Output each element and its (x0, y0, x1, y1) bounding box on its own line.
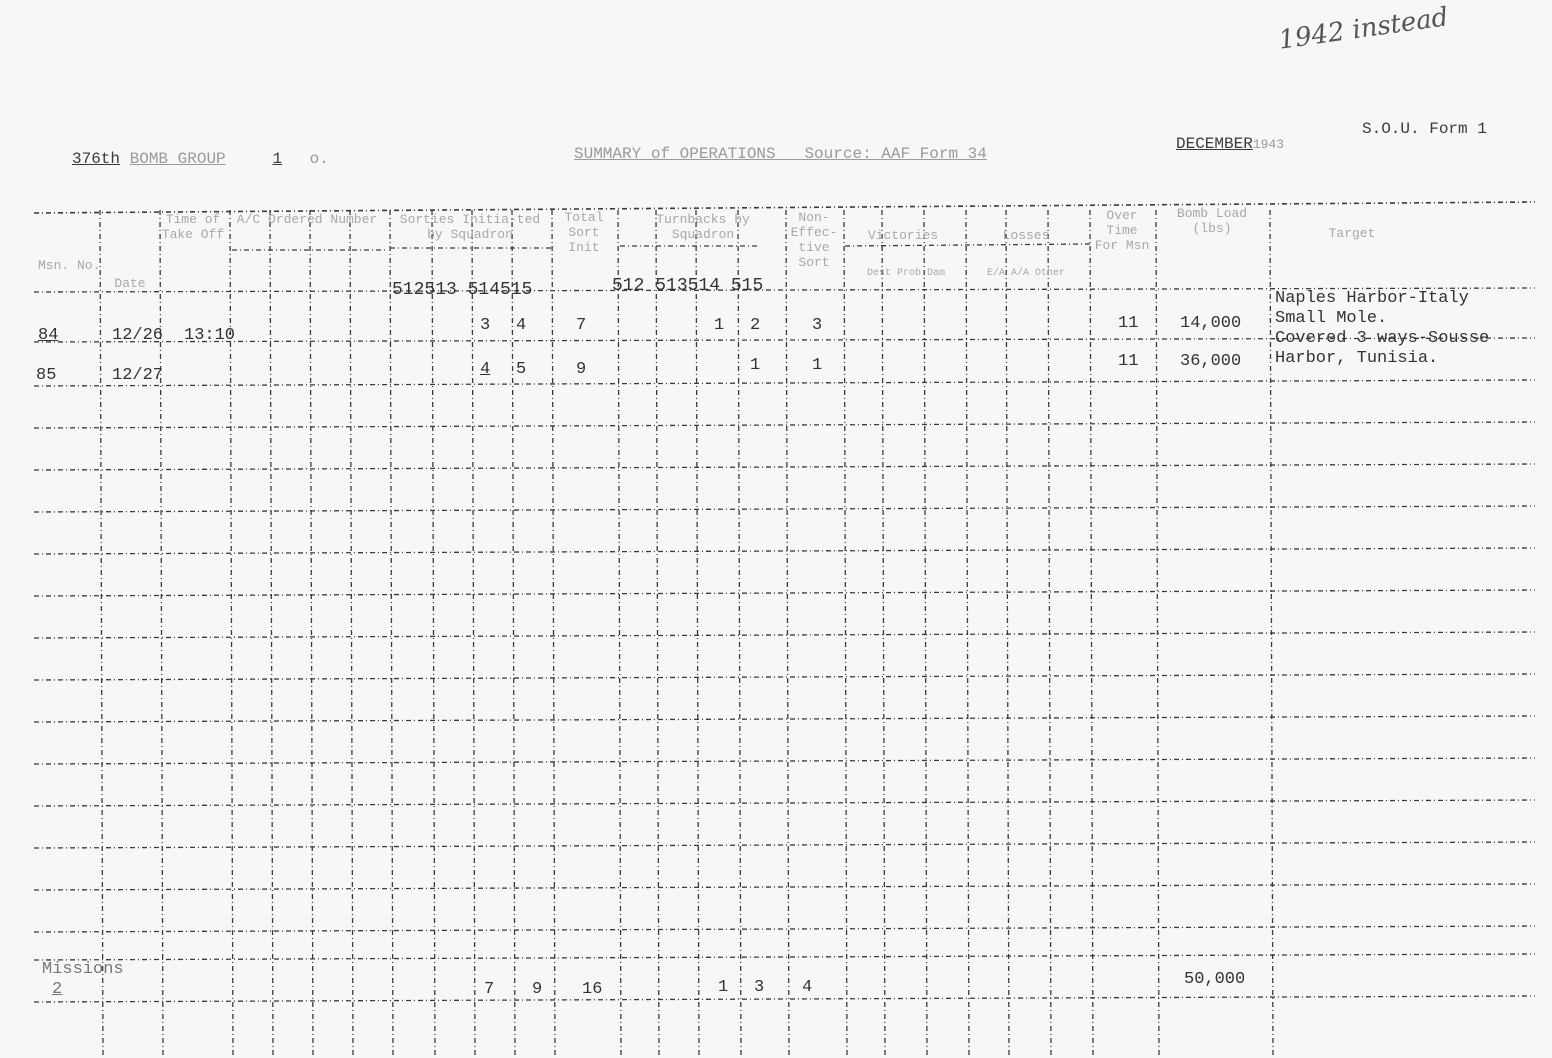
totals-label: Missions (42, 960, 124, 979)
row1-non-effective: 3 (812, 316, 822, 335)
row2-sorties-514: 4 (480, 360, 490, 379)
losses-subheaders: E/A A/A Other (966, 266, 1086, 281)
row1-sorties-514: 3 (480, 316, 490, 335)
year: 1943 (1253, 137, 1284, 152)
loss-aa: A/A (1011, 268, 1029, 279)
row1-time: 13:10 (184, 326, 235, 345)
row1-over-time: 11 (1118, 314, 1138, 333)
totals-non-effective: 4 (802, 978, 812, 997)
col-victories: Victories (844, 228, 962, 243)
tb-sq-512: 512 (612, 276, 644, 296)
row2-sorties-515: 5 (516, 360, 526, 379)
source-text: Source: AAF Form 34 (804, 145, 986, 163)
summary-title: SUMMARY of OPERATIONS Source: AAF Form 3… (574, 145, 987, 163)
col-target: Target (1272, 226, 1432, 241)
row1-sorties-515: 4 (516, 316, 526, 335)
totals-missions-count: 2 (52, 980, 62, 999)
row2-msn: 85 (36, 366, 56, 385)
vic-dam: Dam (927, 268, 945, 279)
row2-target-line2: Harbor, Tunisia. (1275, 350, 1438, 368)
row1-msn: 84 (38, 326, 58, 345)
loss-ea: E/A (987, 268, 1005, 279)
col-msn-no: Msn. No. (38, 258, 98, 273)
totals-turnbacks-515: 3 (754, 978, 764, 997)
col-bomb-load: Bomb Load (lbs) (1158, 206, 1266, 236)
row1-turnback-514: 1 (714, 316, 724, 335)
vic-prob: Prob (897, 268, 921, 279)
col-turnbacks: Turnbacks by Squadron (628, 212, 778, 242)
totals-bomb-load: 50,000 (1184, 970, 1245, 989)
row1-target-line2: Small Mole. (1275, 310, 1387, 328)
totals-sorties-514: 7 (484, 980, 494, 999)
col-date: Date (100, 276, 160, 291)
col-sorties-initiated: Sorties Initia-ted by Squadron (390, 212, 550, 242)
sq-514: 514 (468, 280, 500, 300)
col-time-take-off: Time of Take Off (160, 212, 226, 242)
row2-turnback-515: 1 (750, 356, 760, 375)
loss-other: Other (1035, 268, 1065, 279)
tb-sq-514: 514 (688, 276, 720, 296)
totals-total-sorties: 16 (582, 980, 602, 999)
row1-turnback-515: 2 (750, 316, 760, 335)
row2-over-time: 11 (1118, 352, 1138, 371)
row2-total-sorties: 9 (576, 360, 586, 379)
form-id: S.O.U. Form 1 (1362, 120, 1487, 138)
unit-suffix: o. (310, 150, 329, 168)
victories-subheaders: Dest Prob Dam (846, 266, 966, 281)
sq-512: 512 (392, 280, 424, 300)
row1-target-line1: Naples Harbor-Italy (1275, 290, 1469, 308)
month-field: DECEMBER1943 (1120, 135, 1284, 153)
col-total-sorties: Total Sort Init (554, 210, 614, 255)
unit-prefix: 376th (72, 150, 120, 168)
row1-bomb-load: 14,000 (1180, 314, 1241, 333)
vic-dest: Dest (867, 268, 891, 279)
totals-sorties-515: 9 (532, 980, 542, 999)
month: DECEMBER (1120, 135, 1253, 153)
row2-non-effective: 1 (812, 356, 822, 375)
sorties-squadron-headers: 512513 514515 (392, 280, 532, 300)
sq-515: 515 (500, 280, 532, 300)
row1-date: 12/26 (112, 326, 163, 345)
row2-date: 12/27 (112, 366, 163, 385)
tb-sq-515: 515 (731, 276, 763, 296)
unit-heading: 376th BOMB GROUP 1 o. (72, 150, 329, 168)
col-ac-ordered: A/C Ordered Number (232, 212, 382, 227)
col-over-time: Over Time For Msn (1092, 208, 1152, 253)
row1-total-sorties: 7 (576, 316, 586, 335)
col-losses: Losses (966, 228, 1086, 243)
col-non-effective: Non-Effec-tive Sort (788, 210, 840, 270)
turnback-squadron-headers: 512 513514 515 (612, 276, 763, 296)
row2-bomb-load: 36,000 (1180, 352, 1241, 371)
summary-title-text: SUMMARY of OPERATIONS (574, 145, 776, 163)
tb-sq-513: 513 (655, 276, 687, 296)
totals-turnbacks-514: 1 (718, 978, 728, 997)
unit-number: 1 (254, 150, 300, 168)
row2-target-line1: Covered 3 ways-Sousse (1275, 330, 1489, 348)
sq-513: 513 (424, 280, 456, 300)
unit-faded: BOMB GROUP (130, 150, 226, 168)
